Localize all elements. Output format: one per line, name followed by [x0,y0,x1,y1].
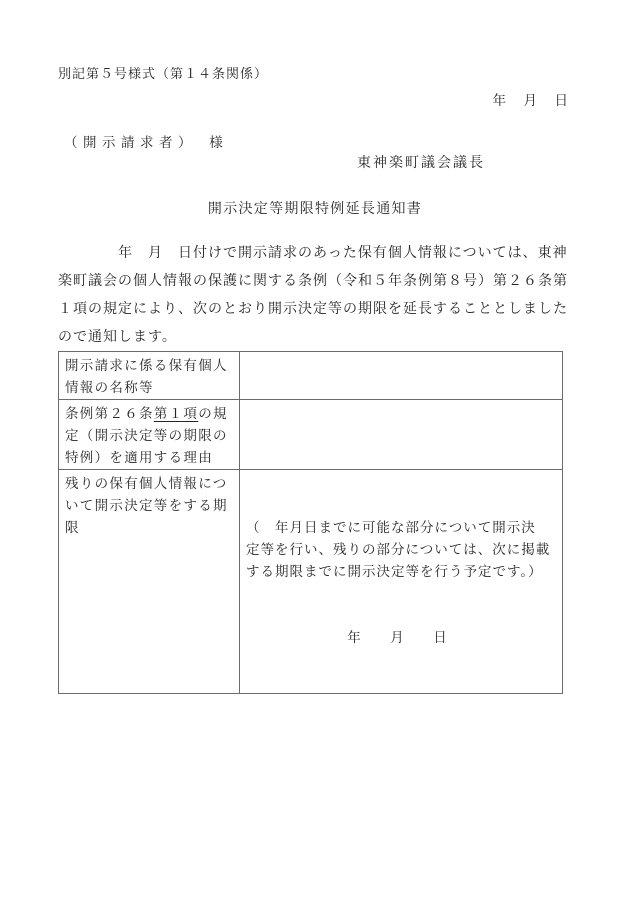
document-page: 別記第５号様式（第１４条関係） 年 月 日 （開示請求者） 様 東神楽町議会議長… [0,0,630,903]
row-label-cell: 開示請求に係る保有個人 情報の名称等 [59,352,240,400]
document-title: 開示決定等期限特例延長通知書 [0,198,630,218]
row-value-cell [240,400,563,470]
row-value-cell [240,352,563,400]
table-row-deadline: 残りの保有個人情報につ いて開示決定等をする期 限 （ 年月日までに可能な部分に… [59,470,563,694]
row-label-cell: 条例第２６条第１項の規 定（開示決定等の期限の 特例）を適用する理由 [59,400,240,470]
deadline-date-field: 年 月 日 [246,627,556,649]
row-label-cell: 残りの保有個人情報につ いて開示決定等をする期 限 [59,470,240,694]
label-underlined-text: 第１項 [154,406,198,422]
table-row-reason: 条例第２６条第１項の規 定（開示決定等の期限の 特例）を適用する理由 [59,400,563,470]
label-text: 条例第２６条 [65,406,154,422]
sender-title-label: 東神楽町議会議長 [357,152,485,172]
row-value-cell: （ 年月日までに可能な部分について開示決 定等を行い、残りの部分については、次に… [240,470,563,694]
addressee-label: （開示請求者） 様 [64,131,228,151]
body-paragraph: 年 月 日付けで開示請求のあった保有個人情報については、東神 楽町議会の個人情報… [58,239,568,351]
date-field: 年 月 日 [493,89,571,109]
table-row-personal-info-name: 開示請求に係る保有個人 情報の名称等 [59,352,563,400]
deadline-note: （ 年月日までに可能な部分について開示決 定等を行い、残りの部分については、次に… [246,517,556,583]
form-number-label: 別記第５号様式（第１４条関係） [58,63,268,82]
disclosure-table: 開示請求に係る保有個人 情報の名称等 条例第２６条第１項の規 定（開示決定等の期… [58,351,563,694]
